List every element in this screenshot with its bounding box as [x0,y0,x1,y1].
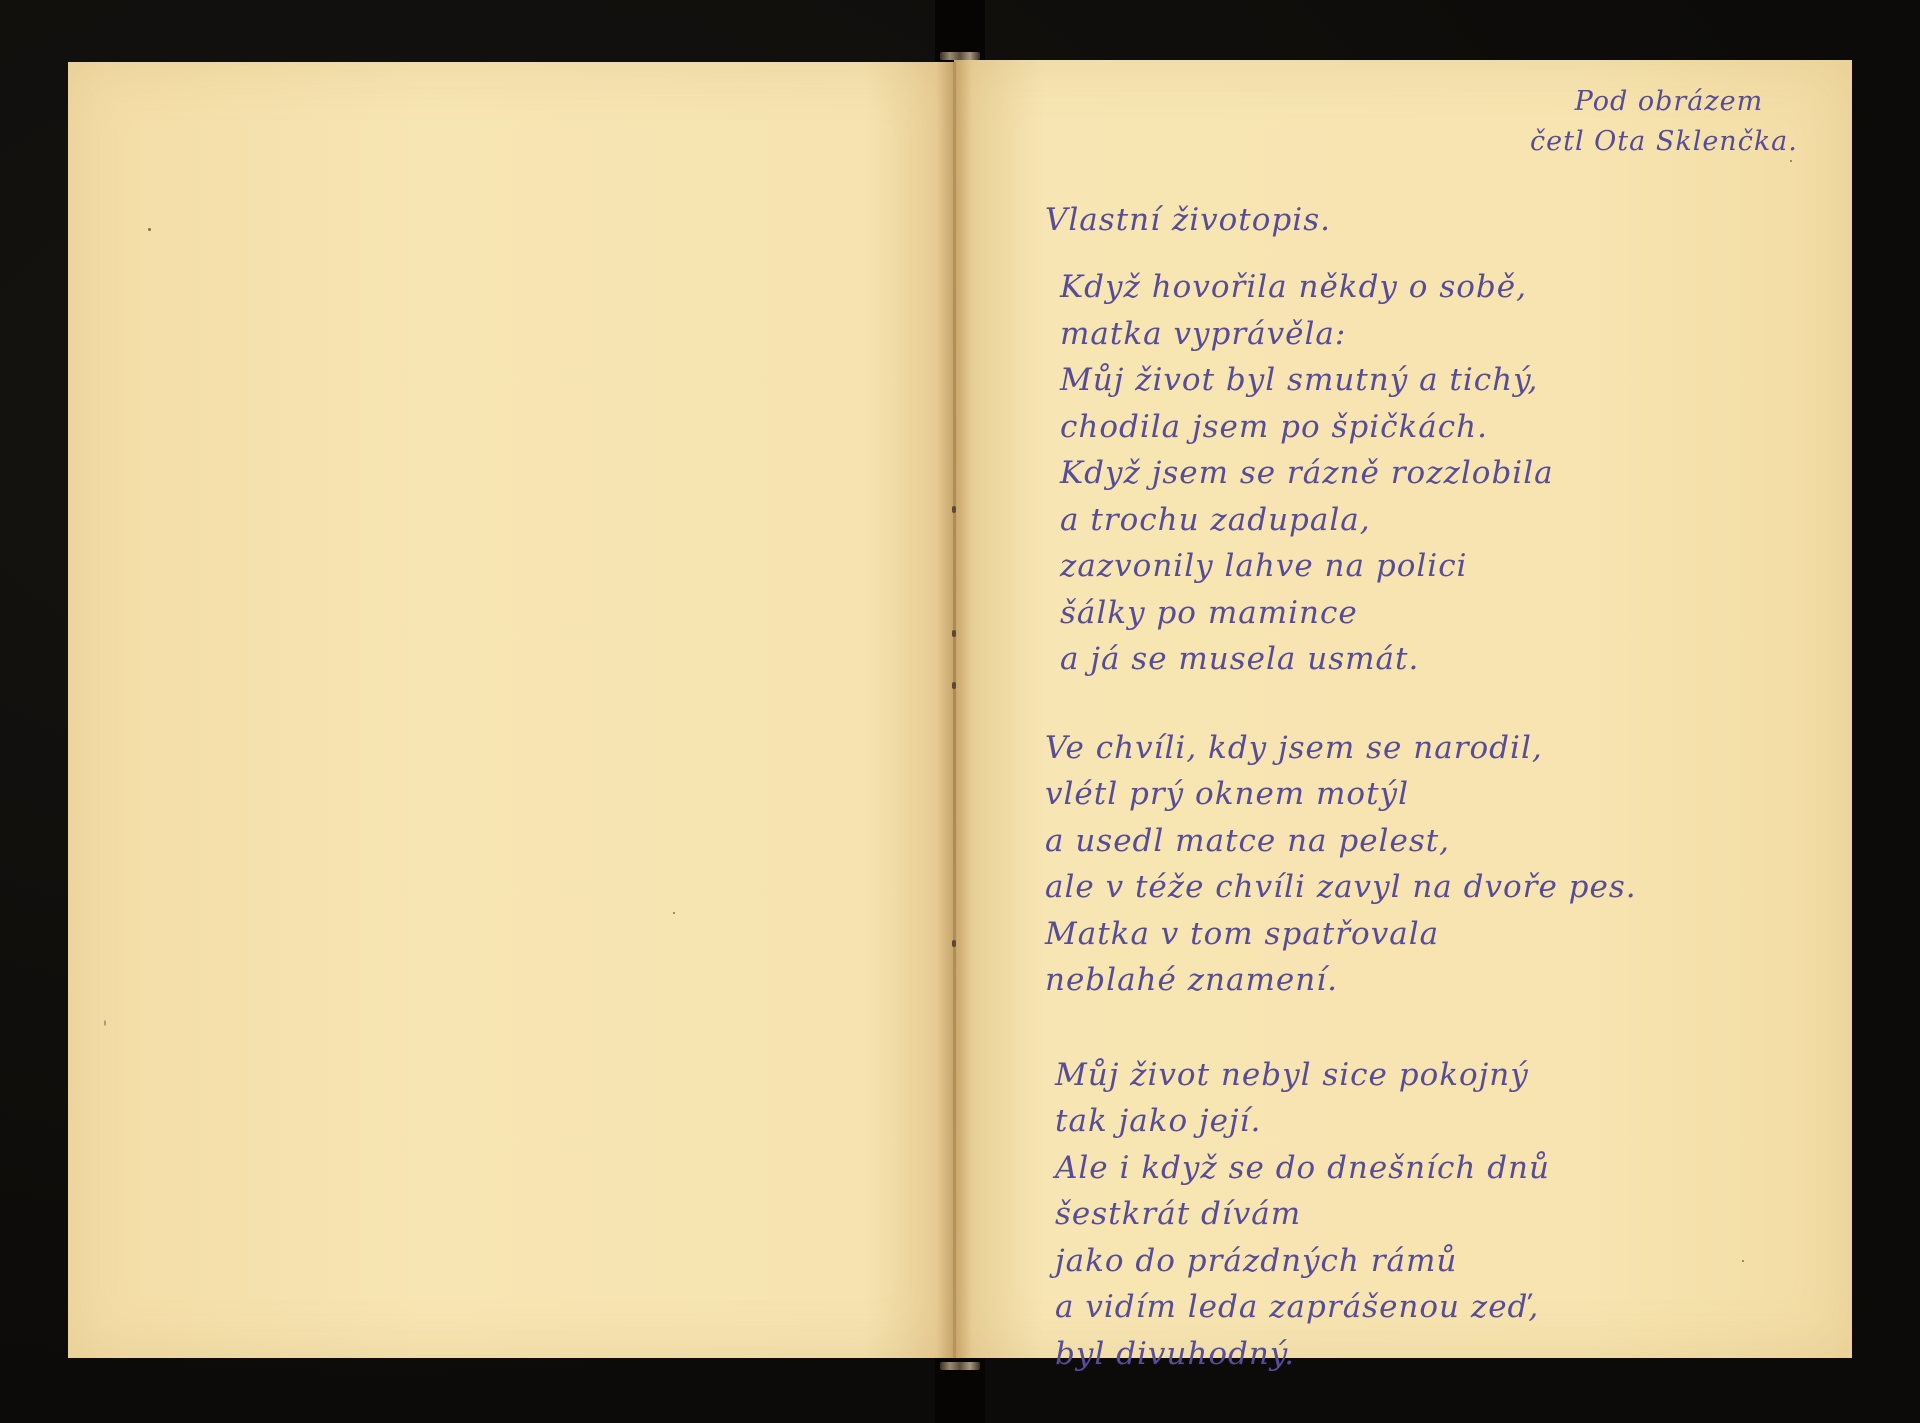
book-gutter [953,62,956,1358]
poem-stanza: Ve chvíli, kdy jsem se narodil, vlétl pr… [1045,725,1637,1004]
poem-line: a usedl matce na pelest, [1045,818,1637,865]
paper-speck [1742,1260,1744,1262]
left-page [68,62,954,1358]
paper-speck [104,1020,106,1026]
poem-line: matka vyprávěla: [1060,311,1637,358]
poem-line: vlétl prý oknem motýl [1045,771,1637,818]
paper-speck [148,228,151,231]
poem-title: Vlastní životopis. [1045,190,1637,250]
paper-speck [673,912,675,914]
poem-line: Ale i když se do dnešních dnů [1055,1145,1637,1192]
poem-stanza: Když hovořila někdy o sobě, matka vypráv… [1060,264,1637,683]
poem-line: tak jako její. [1055,1098,1637,1145]
binding-thread-bottom [940,1362,980,1370]
poem-line: Můj život nebyl sice pokojný [1055,1052,1637,1099]
binding-stitch [952,682,956,689]
binding-thread-top [940,52,980,60]
binding-stitch [952,630,956,637]
poem-line: byl divuhodný. [1055,1331,1637,1378]
poem-line: Když hovořila někdy o sobě, [1060,264,1637,311]
poem: Vlastní životopis. Když hovořila někdy o… [1045,190,1637,1377]
poem-line: a vidím leda zaprášenou zeď, [1055,1284,1637,1331]
poem-line: šálky po mamince [1060,590,1637,637]
poem-line: Můj život byl smutný a tichý, [1060,357,1637,404]
poem-line: chodila jsem po špičkách. [1060,404,1637,451]
poem-line: Matka v tom spatřovala [1045,911,1637,958]
poem-line: šestkrát dívám [1055,1191,1637,1238]
poem-line: neblahé znamení. [1045,957,1637,1004]
corner-note-line: Pod obrázem [1540,82,1798,122]
corner-note-line: četl Ota Sklenčka. [1530,122,1798,162]
poem-line: ale v téže chvíli zavyl na dvoře pes. [1045,864,1637,911]
binding-stitch [952,506,956,513]
binding-stitch [952,940,956,947]
poem-line: Ve chvíli, kdy jsem se narodil, [1045,725,1637,772]
poem-line: zazvonily lahve na polici [1060,543,1637,590]
poem-stanza: Můj život nebyl sice pokojný tak jako je… [1055,1052,1637,1378]
poem-line: jako do prázdných rámů [1055,1238,1637,1285]
corner-note: Pod obrázem četl Ota Sklenčka. [1540,82,1798,162]
poem-line: a trochu zadupala, [1060,497,1637,544]
poem-line: a já se musela usmát. [1060,636,1637,683]
poem-line: Když jsem se rázně rozzlobila [1060,450,1637,497]
